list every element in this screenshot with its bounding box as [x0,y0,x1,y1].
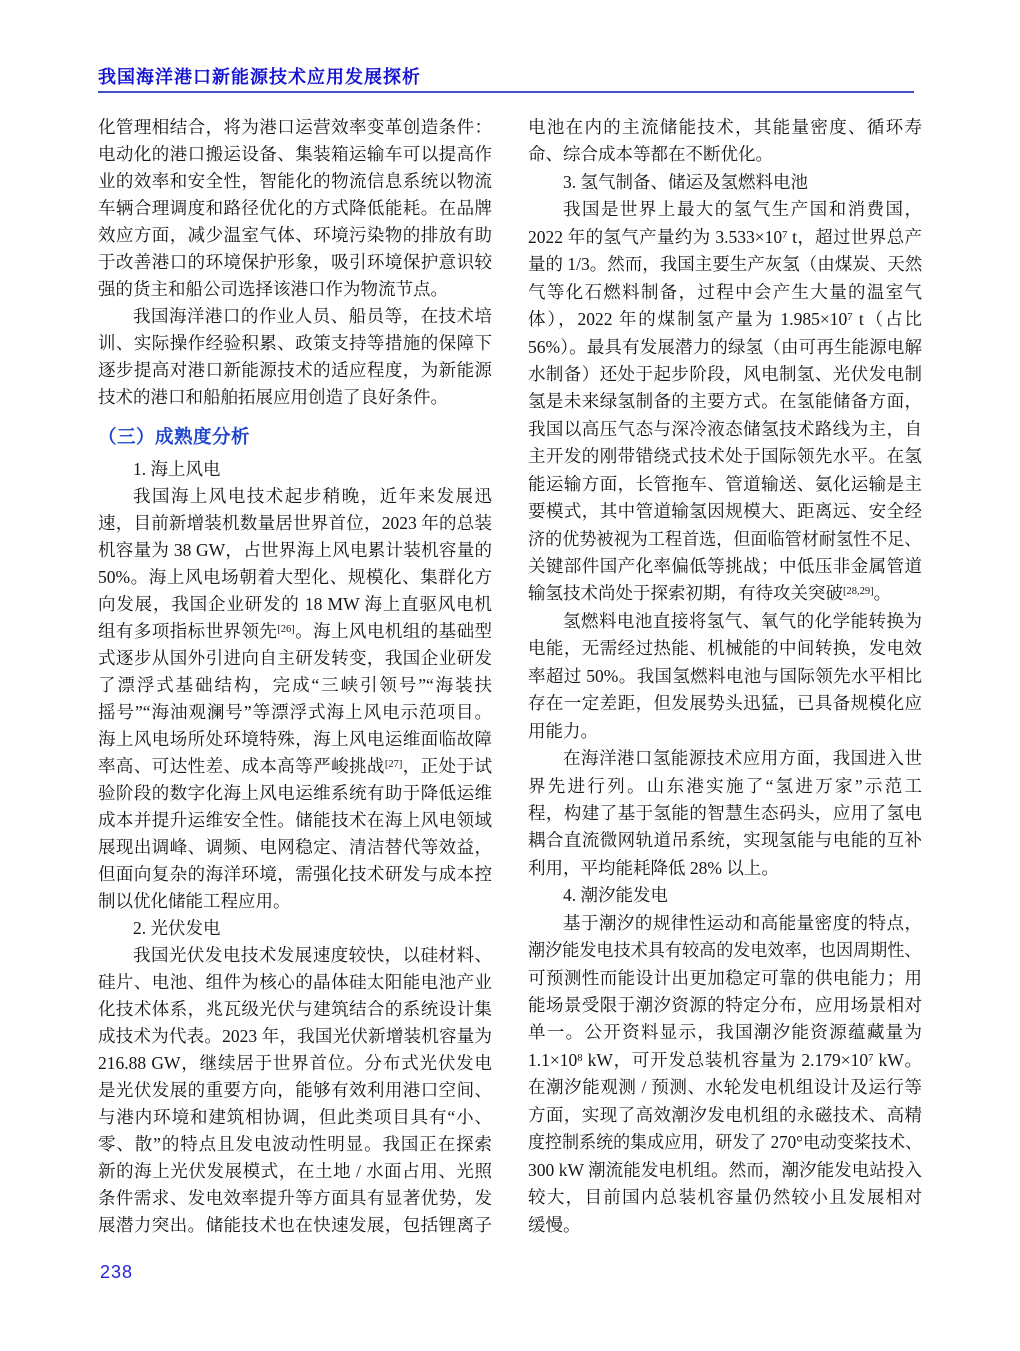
running-head-title: 我国海洋港口新能源技术应用发展探析 [98,68,914,86]
text-line: 1.1×108 kW，可开发总装机容量为 2.179×107 kW。 [528,1047,922,1074]
text-line: 我国海上风电技术起步稍晚，近年来发展迅 [98,483,492,510]
text-line: 水制备）还处于起步阶段，风电制氢、光伏发电制 [528,361,922,388]
text-line: 我国是世界上最大的氢气生产国和消费国， [528,196,922,223]
text-line: 业的效率和安全性，智能化的物流信息系统以物流 [98,168,492,195]
text-line: 气等化石燃料制备，过程中会产生大量的温室气 [528,279,922,306]
text-line: 逐步提高对港口新能源技术的适应程度，为新能源 [98,357,492,384]
text-line: 电池在内的主流储能技术，其能量密度、循环寿 [528,114,922,141]
text-line: 验阶段的数字化海上风电运维系统有助于降低运维 [98,780,492,807]
text-line: 存在一定差距，但发展势头迅猛，已具备规模化应 [528,690,922,717]
text-line: 了漂浮式基础结构，完成“三峡引领号”“海装扶 [98,672,492,699]
text-line: 海上风电场所处环境特殊，海上风电运维面临故障 [98,726,492,753]
text-line: 率高、可达性差、成本高等严峻挑战[27]，正处于试 [98,753,492,780]
text-line: 可预测性而能设计出更加稳定可靠的供电能力；用 [528,965,922,992]
text-line: 化管理相结合，将为港口运营效率变革创造条件： [98,114,492,141]
text-line: 在潮汐能观测 / 预测、水轮发电机组设计及运行等 [528,1074,922,1101]
text-line: 济的优势被视为工程首选，但面临管材耐氢性不足、 [528,526,913,553]
text-line: 我国以高压气态与深冷液态储氢技术路线为主，自 [528,416,922,443]
subsection-heading: 2. 光伏发电 [98,915,492,942]
text-line: 界先进行列。山东港实施了“氢进万家”示范工 [528,773,922,800]
text-line: 量的 1/3。然而，我国主要生产灰氢（由煤炭、天然 [528,251,922,278]
text-line: 命、综合成本等都在不断优化。 [528,141,922,168]
text-line: 速，目前新增装机数量居世界首位，2023 年的总装 [98,510,492,537]
text-line: 要模式，其中管道输氢因规模大、距离远、安全经 [528,498,922,525]
text-line: 训、实际操作经验积累、政策支持等措施的保障下 [98,330,492,357]
text-line: 条件需求、发电效率提升等方面具有显著优势，发 [98,1185,492,1212]
text-line: 摇号”“海油观澜号”等漂浮式海上风电示范项目。 [98,699,492,726]
text-column-right: 电池在内的主流储能技术，其能量密度、循环寿命、综合成本等都在不断优化。3. 氢气… [528,114,922,1239]
text-line: 展现出调峰、调频、电网稳定、清洁替代等效益， [98,834,492,861]
text-line: 度控制系统的集成应用，研发了 270°电动变桨技术、 [528,1129,911,1156]
superscript-reference: [28,29] [843,586,874,597]
text-line: 效应方面，减少温室气体、环境污染物的排放有助 [98,222,492,249]
text-line: 能运输方面，长管拖车、管道输送、氨化运输是主 [528,471,922,498]
text-line: 但面向复杂的海洋环境，需强化技术研发与成本控 [98,861,492,888]
page-header: 我国海洋港口新能源技术应用发展探析 [98,68,914,93]
text-line: 组有多项指标世界领先[26]。海上风电机组的基础型 [98,618,492,645]
text-line: 成本并提升运维安全性。储能技术在海上风电领域 [98,807,492,834]
subsection-heading: 4. 潮汐能发电 [528,882,922,909]
text-line: 于改善港口的环境保护形象，吸引环境保护意识较 [98,249,492,276]
subsection-heading: 1. 海上风电 [98,456,492,483]
section-heading: （三）成熟度分析 [98,411,492,456]
text-line: 技术的港口和船舶拓展应用创造了良好条件。 [98,384,492,411]
text-line: 利用，平均能耗降低 28% 以上。 [528,855,922,882]
text-line: 成技术为代表。2023 年，我国光伏新增装机容量为 [98,1023,492,1050]
text-line: 化技术体系，兆瓦级光伏与建筑结合的系统设计集 [98,996,492,1023]
text-line: 是光伏发展的重要方向，能够有效利用港口空间、 [98,1077,492,1104]
text-line: 我国海洋港口的作业人员、船员等，在技术培 [98,303,492,330]
text-line: 在海洋港口氢能源技术应用方面，我国进入世 [528,745,922,772]
text-line: 50%。海上风电场朝着大型化、规模化、集群化方 [98,564,492,591]
text-line: 300 kW 潮流能发电机组。然而，潮汐能发电站投入 [528,1157,922,1184]
text-line: 程，构建了基于氢能的智慧生态码头，应用了氢电 [528,800,922,827]
text-line: 潮汐能发电技术具有较高的发电效率，也因周期性、 [528,937,913,964]
text-column-left: 化管理相结合，将为港口运营效率变革创造条件：电动化的港口搬运设备、集装箱运输车可… [98,114,492,1239]
superscript-reference: [26] [277,624,295,635]
page-number: 238 [100,1263,133,1281]
text-line: 输氢技术尚处于探索初期，有待攻关突破[28,29]。 [528,580,922,607]
text-line: 216.88 GW，继续居于世界首位。分布式光伏发电 [98,1050,492,1077]
subsection-heading: 3. 氢气制备、储运及氢燃料电池 [528,169,922,196]
text-line: 基于潮汐的规律性运动和高能量密度的特点， [528,910,922,937]
text-line: 电能，无需经过热能、机械能的中间转换，发电效 [528,635,922,662]
text-line: 零、散”的特点且发电波动性明显。我国正在探索 [98,1131,492,1158]
superscript-reference: 7 [868,1053,873,1064]
text-line: 较大，目前国内总装机容量仍然较小且发展相对 [528,1184,922,1211]
text-line: 体），2022 年的煤制氢产量为 1.985×107 t（占比 [528,306,922,333]
page-footer: 238 [100,1263,133,1281]
text-line: 我国光伏发电技术发展速度较快，以硅材料、 [98,942,492,969]
text-line: 缓慢。 [528,1212,922,1239]
text-line: 向发展，我国企业研发的 18 MW 海上直驱风电机 [98,591,492,618]
text-line: 氢是未来绿氢制备的主要方式。在氢能储备方面， [528,388,922,415]
superscript-reference: 7 [847,312,852,323]
text-line: 车辆合理调度和路径优化的方式降低能耗。在品牌 [98,195,492,222]
text-line: 56%）。最具有发展潜力的绿氢（由可再生能源电解 [528,334,922,361]
text-line: 方面，实现了高效潮汐发电机组的永磁技术、高精 [528,1102,922,1129]
article-body: 化管理相结合，将为港口运营效率变革创造条件：电动化的港口搬运设备、集装箱运输车可… [98,114,922,1239]
text-line: 硅片、电池、组件为核心的晶体硅太阳能电池产业 [98,969,492,996]
text-line: 电动化的港口搬运设备、集装箱运输车可以提高作 [98,141,492,168]
text-line: 展潜力突出。储能技术也在快速发展，包括锂离子 [98,1212,492,1239]
page: 我国海洋港口新能源技术应用发展探析 化管理相结合，将为港口运营效率变革创造条件：… [0,0,1020,1351]
text-line: 机容量为 38 GW，占世界海上风电累计装机容量的 [98,537,492,564]
text-line: 能场景受限于潮汐资源的特定分布，应用场景相对 [528,992,922,1019]
text-line: 2022 年的氢气产量约为 3.533×107 t，超过世界总产 [528,224,922,251]
text-line: 氢燃料电池直接将氢气、氧气的化学能转换为 [528,608,922,635]
text-line: 关键部件国产化率偏低等挑战；中低压非金属管道 [528,553,922,580]
text-line: 耦合直流微网轨道吊系统，实现氢能与电能的互补 [528,827,922,854]
superscript-reference: 7 [782,230,787,241]
superscript-reference: [27] [385,759,403,770]
text-line: 新的海上光伏发展模式，在土地 / 水面占用、光照 [98,1158,492,1185]
text-line: 率超过 50%。我国氢燃料电池与国际领先水平相比 [528,663,922,690]
text-line: 单一。公开资料显示，我国潮汐能资源蕴藏量为 [528,1019,922,1046]
text-line: 用能力。 [528,718,922,745]
text-line: 制以优化储能工程应用。 [98,888,492,915]
text-line: 强的货主和船公司选择该港口作为物流节点。 [98,276,492,303]
text-line: 与港内环境和建筑相协调，但此类项目具有“小、 [98,1104,492,1131]
text-line: 式逐步从国外引进向自主研发转变，我国企业研发 [98,645,492,672]
superscript-reference: 8 [577,1053,582,1064]
text-line: 主开发的刚带错绕式技术处于国际领先水平。在氢 [528,443,922,470]
